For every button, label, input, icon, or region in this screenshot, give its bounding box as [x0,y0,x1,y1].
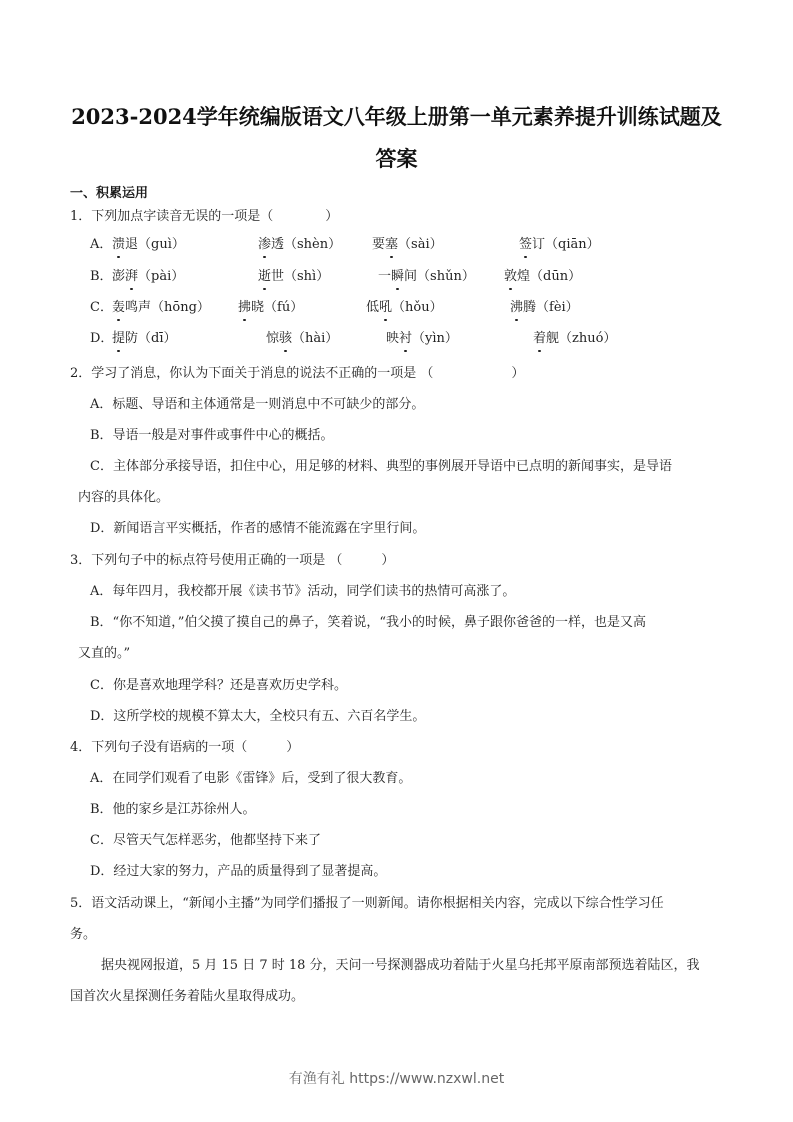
question-1-option-label: C． [90,299,113,317]
question-1-option-item: 溃退（guì） [112,236,185,254]
question-1-option-item: 轰鸣声（hōng） [112,299,210,317]
question-1-option-label: D． [90,330,113,348]
question-1-option-label: A． [90,236,112,254]
question-1-option-label: B． [90,268,113,286]
question-2-stem: 2．学习了消息，你认为下面关于消息的说法不正确的一项是 （ ） [70,365,524,383]
dotted-character: 吼 [379,299,392,317]
question-1-option-item: 要塞（sài） [372,236,443,254]
question-1-option-item: 拂晓（fú） [238,299,303,317]
question-5-stem: 5．语文活动课上，“新闻小主播”为同学们播报了一则新闻。请你根据相关内容，完成以… [70,895,664,913]
document-title-line-1: 2023-2024学年统编版语文八年级上册第一单元素养提升训练试题及 [40,103,753,131]
question-4-option-a: A．在同学们观看了电影《雷锋》后，受到了很大教育。 [90,770,411,788]
dotted-character: 渗 [258,236,271,254]
question-3-option-b-cont: 又直的。” [78,645,130,663]
dotted-character: 骇 [279,330,292,348]
dotted-character: 逝 [258,268,271,286]
question-3-option-c: C．你是喜欢地理学科？还是喜欢历史学科。 [90,677,347,695]
footer-watermark: 有渔有礼 https://www.nzxwl.net [0,1068,793,1088]
question-4-option-c: C．尽管天气怎样恶劣，他都坚持下来了 [90,832,321,850]
question-1-option-item: 签订（qiān） [519,236,600,254]
dotted-character: 着 [533,330,546,348]
question-1-option-item: 敦煌（dūn） [504,268,581,286]
dotted-character: 轰 [112,299,125,317]
question-4-option-b: B．他的家乡是江苏徐州人。 [90,801,256,819]
question-3-option-a: A．每年四月，我校都开展《读书节》活动，同学们读书的热情可高涨了。 [90,583,515,601]
question-4-option-d: D．经过大家的努力，产品的质量得到了显著提高。 [90,863,386,881]
question-4-stem: 4．下列句子没有语病的一项（ ） [70,739,299,757]
question-1-option-item: 提防（dī） [112,330,177,348]
dotted-character: 敦 [504,268,517,286]
question-3-option-d: D．这所学校的规模不算太大，全校只有五、六百名学生。 [90,708,425,726]
question-5-paragraph-cont: 国首次火星探测任务着陆火星取得成功。 [70,988,304,1006]
question-5-paragraph: 据央视网报道，5 月 15 日 7 时 18 分，天问一号探测器成功着陆于火星乌… [101,957,700,975]
question-1-stem: 1．下列加点字读音无误的一项是（ ） [70,208,338,226]
dotted-character: 衬 [399,330,412,348]
question-2-option-a: A．标题、导语和主体通常是一则消息中不可缺少的部分。 [90,396,424,414]
question-2-option-c: C．主体部分承接导语，扣住中心，用足够的材料、典型的事例展开导语中已点明的新闻事… [90,458,672,476]
dotted-character: 拂 [238,299,251,317]
dotted-character: 溃 [112,236,125,254]
question-1-option-item: 逝世（shì） [258,268,329,286]
question-3-option-b: B．“你不知道，”伯父摸了摸自己的鼻子，笑着说，“我小的时候，鼻子跟你爸爸的一样… [90,614,646,632]
dotted-character: 提 [112,330,125,348]
question-2-option-c-cont: 内容的具体化。 [78,489,169,507]
question-5-stem-cont: 务。 [70,926,96,944]
question-3-stem: 3．下列句子中的标点符号使用正确的一项是 （ ） [70,552,394,570]
question-2-option-b: B．导语一般是对事件或事件中心的概括。 [90,427,334,445]
question-1-option-item: 惊骇（hài） [266,330,338,348]
question-2-option-d: D．新闻语言平实概括，作者的感情不能流露在字里行间。 [90,520,425,538]
dotted-character: 湃 [125,268,138,286]
dotted-character: 签 [519,236,532,254]
question-1-option-item: 映衬（yìn） [386,330,458,348]
question-1-option-item: 一瞬间（shǔn） [378,268,475,286]
dotted-character: 塞 [385,236,398,254]
question-1-option-item: 渗透（shèn） [258,236,341,254]
question-1-option-item: 低吼（hǒu） [366,299,443,317]
question-1-option-item: 沸腾（fèi） [510,299,579,317]
section-heading: 一、积累运用 [70,182,148,201]
question-1-option-item: 澎湃（pài） [112,268,184,286]
dotted-character: 沸 [510,299,523,317]
dotted-character: 瞬 [391,268,404,286]
question-1-option-item: 着舰（zhuó） [533,330,616,348]
document-title-line-2: 答案 [40,145,753,173]
